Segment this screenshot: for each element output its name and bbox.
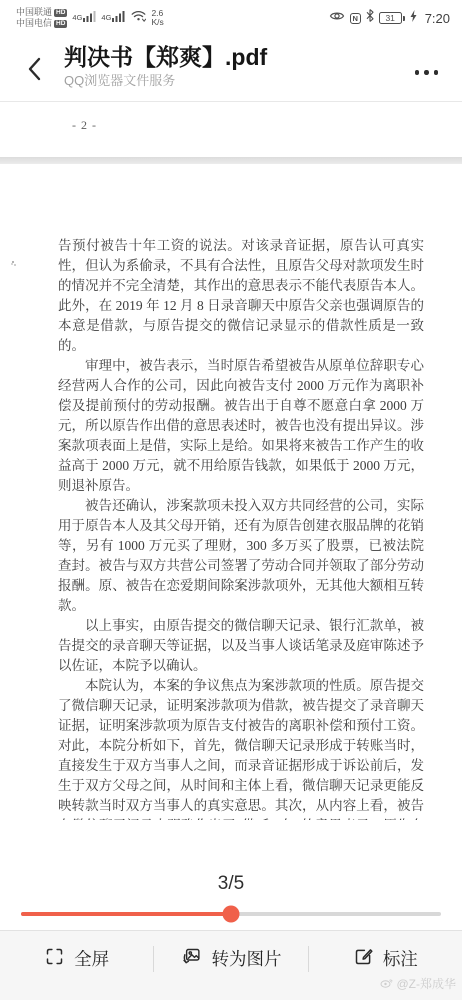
dot-icon: [424, 70, 429, 75]
sim1-network: 4G: [72, 9, 96, 27]
nfc-icon: N: [350, 13, 361, 24]
page-slider[interactable]: [21, 905, 441, 922]
speed-unit: K/s: [151, 18, 163, 28]
dot-icon: [415, 70, 420, 75]
bluetooth-icon: [366, 9, 374, 27]
title-block: 判决书【郑爽】.pdf QQ浏览器文件服务: [64, 43, 392, 89]
hd-badge: HD: [54, 20, 67, 28]
wifi-icon: [131, 9, 146, 27]
convert-to-image-icon: [180, 946, 202, 972]
signal-bars-icon: [83, 9, 96, 27]
annotate-icon: [353, 946, 374, 972]
battery-icon: 31: [379, 12, 405, 24]
status-bar: 中国联通 HD 中国电信 HD 4G 4G 2.6 K/s: [0, 0, 462, 36]
page-subtitle: QQ浏览器文件服务: [64, 72, 392, 89]
more-menu-button[interactable]: [413, 62, 441, 83]
page-separator: [0, 157, 462, 164]
convert-to-image-button[interactable]: 转为图片: [154, 931, 307, 1000]
chevron-left-icon: [24, 56, 46, 82]
page-indicator: 3/5: [0, 871, 462, 897]
scan-smudge: [12, 261, 14, 263]
network-type-label: 4G: [72, 13, 82, 22]
fullscreen-label: 全屏: [74, 946, 109, 971]
carrier1-label: 中国联通: [16, 7, 52, 18]
fullscreen-button[interactable]: 全屏: [0, 931, 153, 1000]
bottom-toolbar: 全屏 转为图片 标注: [0, 930, 462, 1000]
dot-icon: [434, 70, 439, 75]
charging-bolt-icon: [410, 9, 417, 27]
network-speed: 2.6 K/s: [151, 9, 163, 28]
file-header: 判决书【郑爽】.pdf QQ浏览器文件服务: [0, 36, 462, 102]
signal-bars-icon: [112, 9, 125, 27]
page-2-number: - 2 -: [0, 103, 462, 133]
carrier-block: 中国联通 HD 中国电信 HD: [16, 7, 67, 29]
convert-to-image-label: 转为图片: [211, 946, 281, 971]
fullscreen-icon: [44, 946, 65, 972]
paragraph: 审理中，被告表示，当时原告希望被告从原单位辞职专心经营两人合作的公司，因此向被告…: [58, 356, 424, 496]
paragraph: 以上事实，由原告提交的微信聊天记录、银行汇款单，被告提交的录音聊天等证据，以及当…: [58, 616, 424, 676]
sim2-network: 4G: [101, 9, 125, 27]
paragraph: 被告还确认，涉案款项未投入双方共同经营的公司，实际用于原告本人及其父母开销，还有…: [58, 496, 424, 616]
pdf-page-3[interactable]: 告预付被告十年工资的说法。对该录音证据，原告认可真实性，但认为系偷录，不具有合法…: [0, 164, 462, 820]
pdf-page-2-bottom[interactable]: - 2 -: [0, 103, 462, 157]
network-type-label: 4G: [101, 13, 111, 22]
slider-thumb[interactable]: [223, 906, 240, 923]
paragraph: 告预付被告十年工资的说法。对该录音证据，原告认可真实性，但认为系偷录，不具有合法…: [58, 236, 424, 356]
annotate-button[interactable]: 标注: [309, 931, 462, 1000]
hd-badge: HD: [54, 9, 67, 17]
battery-level: 31: [385, 13, 394, 23]
eye-comfort-icon: [329, 9, 345, 27]
judgment-text: 告预付被告十年工资的说法。对该录音证据，原告认可真实性，但认为系偷录，不具有合法…: [58, 236, 424, 820]
carrier2-label: 中国电信: [16, 18, 52, 29]
status-icons: N 31 7:20: [329, 9, 450, 27]
page-title: 判决书【郑爽】.pdf: [64, 43, 392, 71]
paragraph: 本院认为，本案的争议焦点为案涉款项的性质。原告提交了微信聊天记录，证明案涉款项为…: [58, 676, 424, 820]
clock-time: 7:20: [425, 11, 450, 26]
annotate-label: 标注: [383, 946, 418, 971]
back-button[interactable]: [24, 56, 48, 84]
slider-fill: [21, 912, 231, 916]
